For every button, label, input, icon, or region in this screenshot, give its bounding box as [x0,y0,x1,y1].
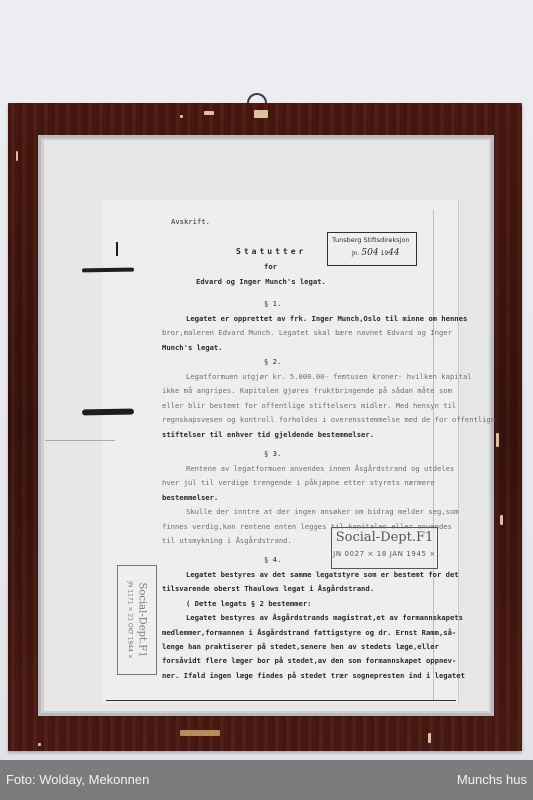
photographer-credit: Foto: Wolday, Mekonnen [6,772,149,787]
document-line: medlemmer,formannen i Åsgårdstrand fatti… [162,626,456,641]
frame-paint-chip [428,733,431,743]
frame-paint-chip [254,110,268,118]
ink-mark [116,242,118,256]
document-line: Skulle der inntre at der ingen ansøker o… [186,505,459,520]
stamp-office: Tunsberg Stiftsdireksjon [332,236,412,244]
frame-paint-chip [38,743,41,746]
section-marker: § 3. [264,447,281,462]
document-subtitle-for: for [264,260,277,275]
document-line: Legatet bestyres av det samme legatstyre… [186,568,459,583]
document-line: eller blir bestemt for offentlige stifte… [162,399,456,414]
section-marker: § 2. [264,355,281,370]
stamp-journal-line: Jn. 504 1944 [332,248,412,258]
stamp-office: Social-Dept.F1 [332,530,437,546]
document-line: stiftelser til enhver tid gjeldende best… [162,428,374,443]
paper-fold-line [45,440,115,441]
stamp-tunsberg-stiftsdireksjon: Tunsberg Stiftsdireksjon Jn. 504 1944 [327,232,417,266]
stamp-reference: JN 1171 × 21 OKT 1944 × [127,566,134,674]
stamp-office: Social-Dept.F1 [137,566,148,674]
document-line: bestemmelser. [162,491,218,506]
document-line: tilsvarende oberst Thaulows legat i Åsgå… [162,582,374,597]
stamp-year: 44 [388,248,399,258]
section-marker: § 1. [264,297,281,312]
stamp-social-dept-1945: Social-Dept.F1 JN 0027 × 18 JAN 1945 × [331,527,438,569]
photo-credit-bar: Foto: Wolday, Mekonnen Munchs hus [0,760,533,800]
document-line: Rentene av legatformuen anvendes innen Å… [186,462,454,477]
frame-paint-chip [180,730,220,736]
document-line: ner. Ifald ingen læge findes på stedet t… [162,669,465,684]
institution-credit: Munchs hus [457,772,527,787]
frame-paint-chip [204,111,214,115]
document-line: Munch's legat. [162,341,223,356]
document-line: regnskapsvesen og kontroll forholdes i o… [162,413,495,428]
document-line: hver jul til verdige trengende i påkjøpn… [162,476,435,491]
document-line: Legatet bestyres av Åsgårdstrands magist… [186,611,463,626]
stamp-jn-label: Jn. [352,250,359,257]
frame-paint-chip [180,115,183,118]
frame-paint-chip [496,433,499,447]
document-title: Statutter [236,245,306,260]
frame-paint-chip [500,515,503,525]
stamp-jn-number: 504 [361,248,378,258]
document-line: Legatformuen utgjør kr. 5.000.00- femtus… [186,370,472,385]
document-subtitle-name: Edvard og Inger Munch's legat. [196,275,326,290]
document-line: lenge han praktiserer på stedet,senere h… [162,640,439,655]
document-line: Legatet er opprettet av frk. Inger Munch… [186,312,467,327]
stamp-reference: JN 0027 × 18 JAN 1945 × [332,550,437,558]
document-line: bror,maleren Edvard Munch. Legatet skal … [162,326,452,341]
frame-paint-chip [16,151,18,161]
document-line: ikke må angripes. Kapitalen gjøres frukt… [162,384,452,399]
document-bottom-edge [106,700,456,701]
stamp-social-dept-1944: Social-Dept.F1 JN 1171 × 21 OKT 1944 × [117,565,157,675]
document-line: til utsmykning i Åsgårdstrand. [162,534,292,549]
ink-mark [82,409,134,416]
document-line: forsåvidt flere læger bor på stedet,av d… [162,654,456,669]
section-marker: § 4. [264,553,281,568]
stamp-year-prefix: 19 [381,250,389,257]
document-header-label: Avskrift. [171,215,210,230]
document-line: ( Dette legats § 2 bestemmer: [186,597,312,612]
